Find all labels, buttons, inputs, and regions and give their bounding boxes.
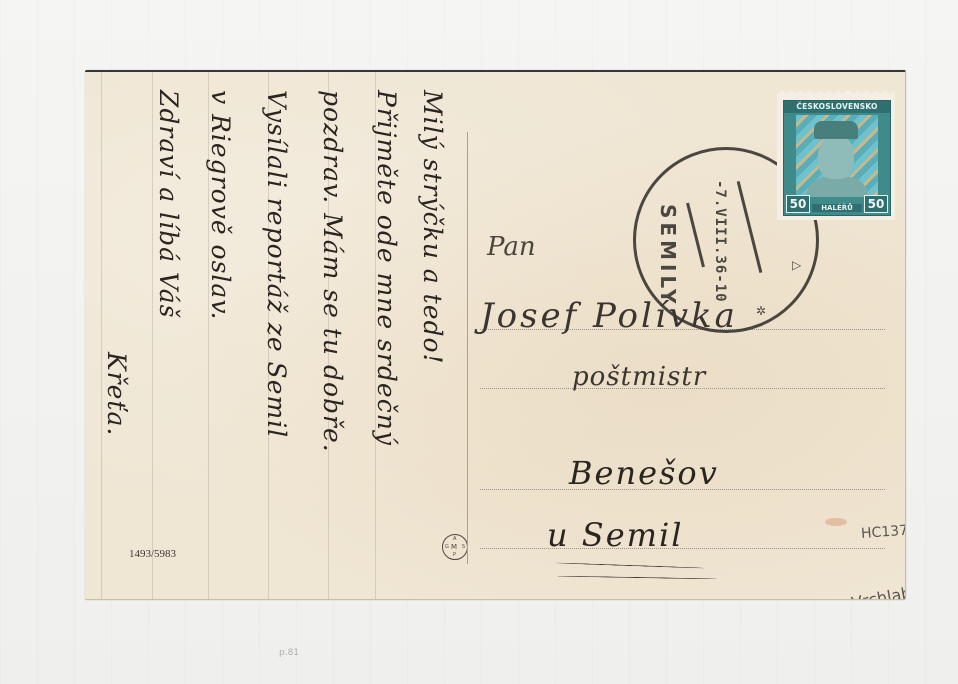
triangle-icon: ▷ <box>792 258 801 272</box>
publisher-logo-letter: A <box>453 536 456 542</box>
publisher-logo-letter: G <box>445 544 449 550</box>
portrait-face <box>818 135 854 179</box>
stamp-portrait <box>796 115 878 197</box>
postmark-bar <box>686 203 705 268</box>
publisher-logo-letter: S <box>462 544 465 550</box>
stain <box>825 518 847 526</box>
stamp-value-left: 50 <box>786 195 810 213</box>
postcard: Milý strýčku a tedo! Přijměte ode mne sr… <box>85 70 906 600</box>
publisher-logo-letter: P <box>453 552 456 558</box>
postage-stamp: ČESKOSLOVENSKO 50 HALÉŘŮ 50 <box>777 90 895 220</box>
portrait-cap <box>814 121 858 139</box>
message-line: Přijměte ode mne srdečný <box>361 90 411 595</box>
publisher-logo-center: M <box>451 543 457 551</box>
postmark-bar <box>737 181 763 273</box>
star-icon: ✲ <box>756 304 766 318</box>
address-recipient-name: Josef Polívka <box>480 296 738 336</box>
address-underline <box>555 562 705 568</box>
stamp-value-right: 50 <box>864 195 888 213</box>
postmark-date: -7.VIII.36-10 <box>712 180 728 303</box>
message-line: Milý strýčku a tedo! <box>407 90 457 595</box>
pencil-place-note: Vrchlabí <box>850 583 906 600</box>
scan-mark: p.81 <box>279 648 299 658</box>
stamp-design: ČESKOSLOVENSKO 50 HALÉŘŮ 50 <box>783 100 891 216</box>
message-line: v Riegrově oslav. <box>195 90 245 595</box>
address-recipient-title: poštmistr <box>572 362 706 392</box>
message-line: pozdrav. Mám se tu dobře. <box>307 90 357 595</box>
center-divider <box>467 132 468 564</box>
address-district: u Semil <box>547 516 683 554</box>
message-line: Zdraví a líbá Váš <box>143 90 193 595</box>
publisher-logo-icon: A G S P M <box>442 534 468 560</box>
address-salutation: Pan <box>487 232 536 262</box>
address-city: Benešov <box>569 454 719 492</box>
print-code: 1493/5983 <box>129 548 176 560</box>
address-underline <box>557 576 717 580</box>
portrait-collar <box>806 177 868 197</box>
message-side: Milý strýčku a tedo! Přijměte ode mne sr… <box>85 72 465 599</box>
message-line: Vysílali reportáž ze Semil <box>251 90 301 595</box>
stamp-country: ČESKOSLOVENSKO <box>784 101 890 113</box>
stamp-currency: HALÉŘŮ <box>812 204 862 212</box>
pencil-catalog-code: HC1374 <box>861 522 906 542</box>
postmark-town: SEMILY <box>656 204 680 308</box>
